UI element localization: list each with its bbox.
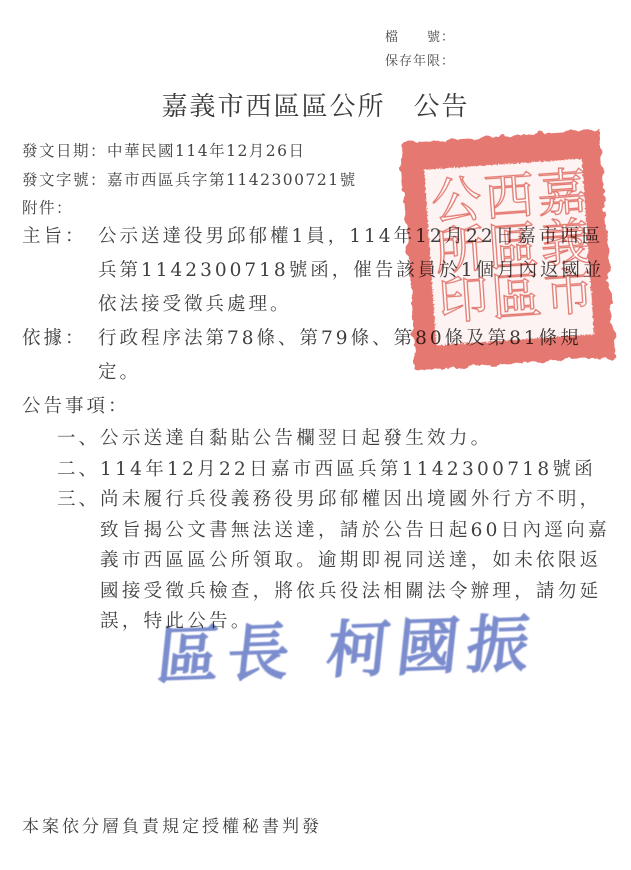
item-text: 公示送達自黏貼公告欄翌日起發生效力。 bbox=[100, 424, 614, 455]
district-chief-signature-stamp: 區長 柯國振 bbox=[153, 593, 562, 696]
file-header: 檔 號： 保存年限： bbox=[385, 26, 455, 74]
item-text: 114年12月22日嘉市西區兵第1142300718號函 bbox=[100, 455, 614, 486]
item-number: 三、 bbox=[57, 485, 100, 638]
basis-label: 依據： bbox=[22, 322, 98, 390]
issue-date-line: 發文日期：中華民國114年12月26日 bbox=[22, 137, 357, 166]
subject-label: 主旨： bbox=[22, 220, 98, 322]
page-title: 嘉義市西區區公所 公告 bbox=[0, 86, 631, 123]
legal-basis-paragraph: 依據： 行政程序法第78條、第79條、第80條及第81條規定。 bbox=[22, 322, 614, 390]
file-number-label: 檔 號： bbox=[385, 26, 455, 50]
item-number: 一、 bbox=[57, 424, 100, 455]
retention-period-label: 保存年限： bbox=[385, 50, 455, 74]
official-announcement-document: 檔 號： 保存年限： 嘉義市西區區公所 公告 發文日期：中華民國114年12月2… bbox=[0, 0, 631, 870]
reference-number-line: 發文字號：嘉市西區兵字第1142300721號 bbox=[22, 166, 357, 195]
delegation-note: 本案依分層負責規定授權秘書判發 bbox=[22, 812, 322, 837]
list-item: 一、 公示送達自黏貼公告欄翌日起發生效力。 bbox=[57, 424, 614, 455]
attachment-line: 附件： bbox=[22, 194, 357, 223]
basis-text: 行政程序法第78條、第79條、第80條及第81條規定。 bbox=[98, 322, 614, 390]
announcement-body: 主旨： 公示送達役男邱郁權1員，114年12月22日嘉市西區兵第11423007… bbox=[22, 220, 614, 638]
item-number: 二、 bbox=[57, 455, 100, 486]
subject-text: 公示送達役男邱郁權1員，114年12月22日嘉市西區兵第1142300718號函… bbox=[98, 220, 614, 322]
issuing-meta: 發文日期：中華民國114年12月26日 發文字號：嘉市西區兵字第11423007… bbox=[22, 137, 357, 223]
announcement-items-header: 公告事項： bbox=[22, 390, 614, 424]
list-item: 二、 114年12月22日嘉市西區兵第1142300718號函 bbox=[57, 455, 614, 486]
subject-paragraph: 主旨： 公示送達役男邱郁權1員，114年12月22日嘉市西區兵第11423007… bbox=[22, 220, 614, 322]
